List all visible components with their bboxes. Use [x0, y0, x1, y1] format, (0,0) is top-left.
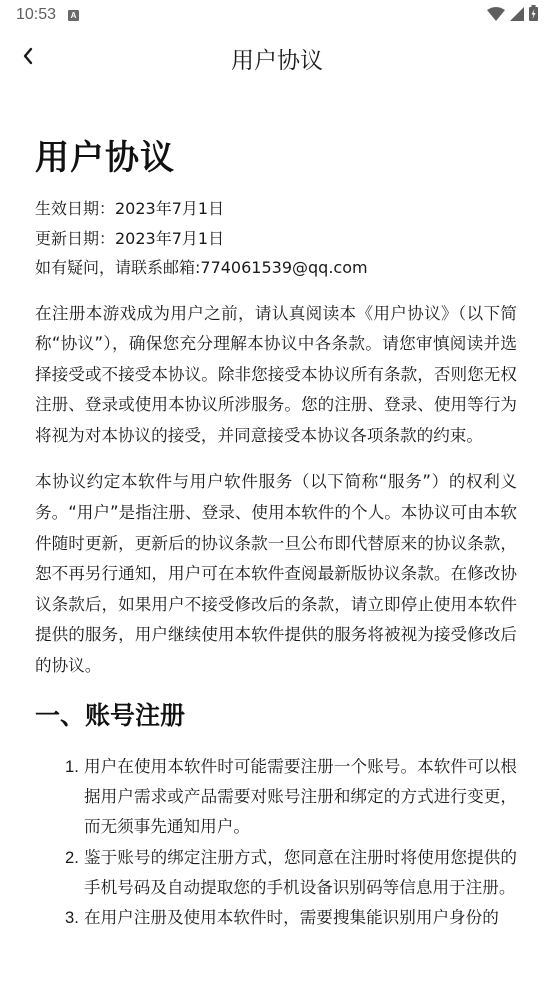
section-item-list: 1. 用户在使用本软件时可能需要注册一个账号。本软件可以根据用户需求或产品需要对… [35, 752, 517, 934]
list-item-number: 1. [65, 752, 84, 843]
status-time: 10:53 [16, 6, 56, 24]
list-item-text: 鉴于账号的绑定注册方式，您同意在注册时将使用您提供的手机号码及自动提取您的手机设… [84, 843, 517, 904]
section-title: 一、账号注册 [35, 696, 517, 736]
wifi-icon [487, 6, 505, 25]
list-item-number: 2. [65, 843, 84, 904]
scope-paragraph: 本协议约定本软件与用户软件服务（以下简称“服务”）的权利义务。“用户”是指注册、… [35, 467, 517, 681]
list-item: 3. 在用户注册及使用本软件时，需要搜集能识别用户身份的 [65, 903, 517, 933]
app-bar-title: 用户协议 [231, 42, 323, 75]
app-bar: 用户协议 [0, 30, 554, 86]
document-meta: 生效日期：2023年7月1日 更新日期：2023年7月1日 如有疑问，请联系邮箱… [35, 194, 517, 283]
back-button[interactable] [14, 44, 42, 72]
document-content: 用户协议 生效日期：2023年7月1日 更新日期：2023年7月1日 如有疑问，… [0, 136, 554, 933]
status-bar: 10:53 A [0, 0, 554, 30]
status-left: 10:53 A [16, 6, 79, 24]
list-item: 1. 用户在使用本软件时可能需要注册一个账号。本软件可以根据用户需求或产品需要对… [65, 752, 517, 843]
section-account-registration: 一、账号注册 1. 用户在使用本软件时可能需要注册一个账号。本软件可以根据用户需… [35, 696, 517, 934]
list-item-text: 在用户注册及使用本软件时，需要搜集能识别用户身份的 [84, 903, 517, 933]
effective-date: 生效日期：2023年7月1日 [35, 194, 517, 224]
list-item: 2. 鉴于账号的绑定注册方式，您同意在注册时将使用您提供的手机号码及自动提取您的… [65, 843, 517, 904]
updated-date: 更新日期：2023年7月1日 [35, 224, 517, 254]
list-item-text: 用户在使用本软件时可能需要注册一个账号。本软件可以根据用户需求或产品需要对账号注… [84, 752, 517, 843]
notification-icon: A [68, 10, 79, 21]
list-item-number: 3. [65, 903, 84, 933]
document-title: 用户协议 [35, 136, 517, 180]
chevron-left-icon [22, 47, 34, 69]
cell-signal-icon [510, 6, 524, 25]
intro-paragraph: 在注册本游戏成为用户之前，请认真阅读本《用户协议》（以下简称“协议”），确保您充… [35, 299, 517, 452]
battery-charging-icon [529, 5, 538, 25]
status-right [487, 5, 538, 25]
contact-email: 如有疑问，请联系邮箱:774061539@qq.com [35, 253, 517, 283]
